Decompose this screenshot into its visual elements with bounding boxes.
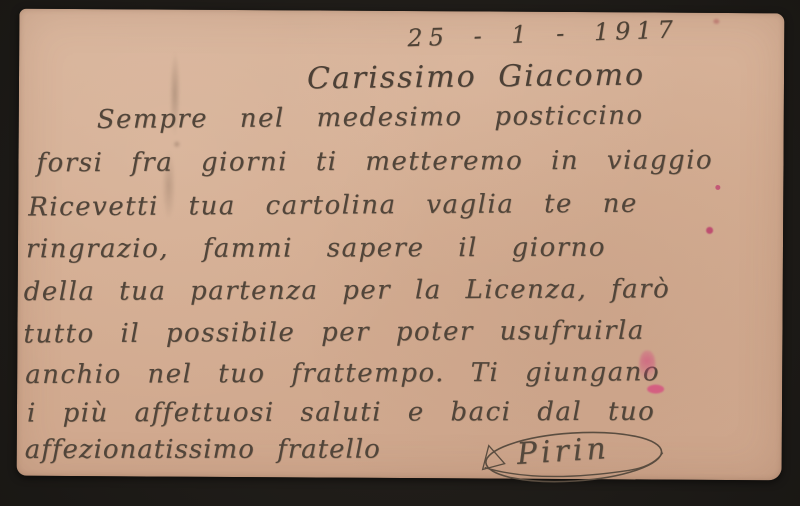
body-line: tutto il possibile per poter usufruirla [23,316,645,350]
signature-name: Pirin [516,431,611,472]
pink-ink-stain [706,227,713,234]
body-line: della tua partenza per la Licenza, farò [24,274,671,307]
body-line: Ricevetti tua cartolina vaglia te ne [28,189,638,223]
date-line: 25 - 1 - 1917 [407,15,679,52]
postcard: 25 - 1 - 1917 Carissimo Giacomo Sempre n… [17,9,785,481]
signature: Pirin [479,425,669,488]
body-line: ringrazio, fammi sapere il giorno [26,233,606,265]
red-ink-stain [713,19,719,24]
body-line: Sempre nel medesimo posticcino [97,101,644,135]
body-line: affezionatissimo fratello [25,435,381,465]
body-line: i più affettuosi saluti e baci dal tuo [27,397,655,429]
body-line: anchio nel tuo frattempo. Ti giungano [25,357,660,390]
salutation: Carissimo Giacomo [307,58,645,97]
body-line: forsi fra giorni ti metteremo in viaggio [36,145,713,178]
pink-ink-stain [715,185,720,190]
